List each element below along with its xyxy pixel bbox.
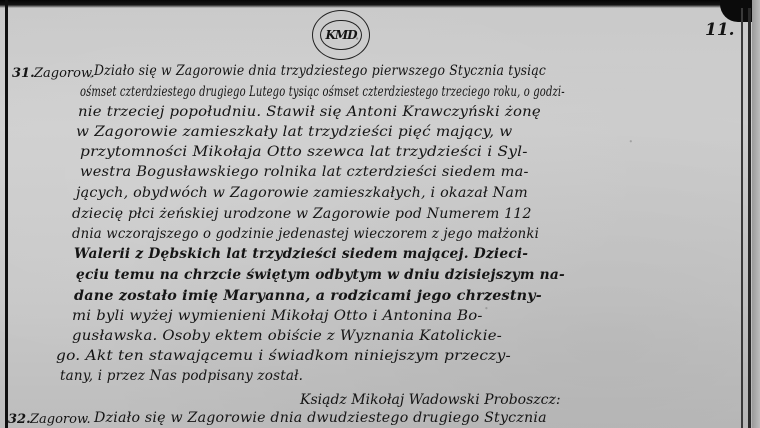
entry-line: dnia wczorajszego o godzinie jedenastej … [72,226,539,242]
page-number: 11. [705,20,735,40]
entry-line: przytomności Mikołaja Otto szewca lat tr… [80,144,528,160]
entry-line: tany, i przez Nas podpisany został. [60,368,303,384]
right-margin-rule [741,8,743,428]
entry-number: 31. [12,66,35,81]
entry-line: Walerii z Dębskich lat trzydzieści siede… [74,246,528,262]
entry-line: jących, obydwóch w Zagorowie zamieszkały… [76,185,528,201]
entry-line: ęciu temu na chrzcie świętym odbytym w d… [76,267,565,283]
left-margin-rule [5,0,8,428]
stamp-monogram: KMD [320,20,361,51]
page-top-edge [0,0,760,8]
page-right-edge [752,0,760,428]
entry-number: 32. [8,412,31,427]
entry-line: dane zostało imię Maryanna, a rodzicami … [74,288,542,304]
entry-line: go. Akt ten stawającemu i świadkom ninie… [56,348,511,364]
entry-line: gusławska. Osoby ektem obiście z Wyznani… [72,328,502,344]
right-margin-rule-outer [748,8,751,428]
entry-margin-place: Zagorow. [34,66,95,81]
priest-signature: Ksiądz Mikołaj Wadowski Proboszcz: [300,392,561,408]
entry-line: w Zagorowie zamieszkały lat trzydzieści … [76,124,512,140]
entry-line: Działo się w Zagorowie dnia trzydziesteg… [94,63,546,79]
archive-stamp: KMD [312,10,370,60]
entry-line: dziecię płci żeńskiej urodzone w Zagorow… [72,206,532,222]
entry-line: nie trzeciej popołudniu. Stawił się Anto… [78,104,541,120]
entry-margin-place: Zagorow. [30,412,91,427]
entry-line: westra Bogusławskiego rolnika lat czterd… [80,164,529,180]
entry-line: mi byli wyżej wymienieni Mikołaj Otto i … [72,308,483,324]
document-page: KMD 11. 31. Zagorow. Działo się w Zagoro… [0,0,760,428]
entry-line: ośmset czterdziestego drugiego Lutego ty… [80,84,565,100]
entry-line: Działo się w Zagorowie dnia dwudziestego… [94,410,547,426]
